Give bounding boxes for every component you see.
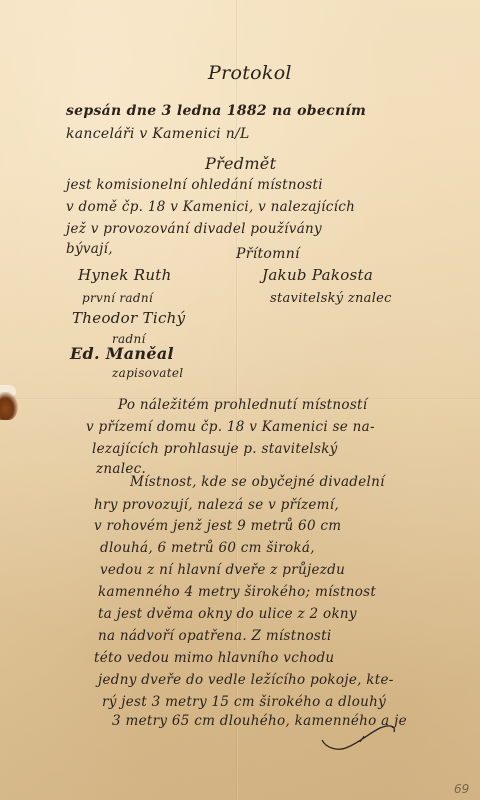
- paragraph2-line-9: této vedou mimo hlavního vchodu: [94, 650, 334, 666]
- present-name-3: Ed. Maněal: [70, 344, 174, 363]
- wax-stain: [0, 392, 18, 420]
- present-heading: Přítomní: [236, 246, 300, 262]
- present-name-1: Hynek Ruth: [78, 266, 172, 284]
- subject-heading: Předmět: [205, 154, 276, 173]
- subject-line-1: jest komisionelní ohledání místnosti: [66, 177, 323, 193]
- paragraph2-line-4: dlouhá, 6 metrů 60 cm široká,: [100, 540, 315, 556]
- present-role-1: první radní: [82, 291, 153, 305]
- paragraph2-line-5: vedou z ní hlavní dveře z průjezdu: [100, 562, 345, 578]
- paragraph1-line-3: lezajících prohlasuje p. stavitelský: [92, 441, 338, 457]
- intro-line-2: kanceláři v Kamenici n/L: [66, 126, 250, 142]
- document-title: Protokol: [208, 62, 292, 84]
- intro-line-1: sepsán dne 3 ledna 1882 na obecním: [66, 103, 366, 119]
- subject-line-4: bývají,: [66, 241, 113, 257]
- paragraph2-line-2: hry provozují, nalezá se v přízemí,: [94, 497, 339, 513]
- subject-line-3: jež v provozování divadel používány: [66, 221, 322, 237]
- paragraph2-line-10: jedny dveře do vedle ležícího pokoje, kt…: [98, 672, 394, 688]
- signature-flourish: [318, 712, 398, 752]
- present-role-3: zapisovatel: [112, 366, 183, 380]
- present-name-2: Theodor Tichý: [72, 309, 185, 327]
- page-number: 69: [454, 782, 469, 796]
- paragraph2-line-6: kamenného 4 metry širokého; místnost: [98, 584, 376, 600]
- paragraph1-line-1: Po náležitém prohlednutí místností: [118, 397, 367, 413]
- paragraph2-line-8: na nádvoří opatřena. Z místnosti: [98, 628, 331, 644]
- subject-line-2: v domě čp. 18 v Kamenici, v nalezajících: [66, 199, 355, 215]
- paragraph2-line-1: Místnost, kde se obyčejné divadelní: [130, 474, 385, 490]
- paragraph2-line-3: v rohovém jenž jest 9 metrů 60 cm: [94, 518, 341, 534]
- paragraph2-line-11: rý jest 3 metry 15 cm širokého a dlouhý: [102, 694, 386, 710]
- present-role-4: stavitelský znalec: [270, 291, 392, 306]
- present-name-4: Jakub Pakosta: [262, 266, 373, 284]
- paragraph1-line-2: v přízemí domu čp. 18 v Kamenici se na-: [86, 419, 375, 435]
- paragraph2-line-7: ta jest dvěma okny do ulice z 2 okny: [98, 606, 357, 622]
